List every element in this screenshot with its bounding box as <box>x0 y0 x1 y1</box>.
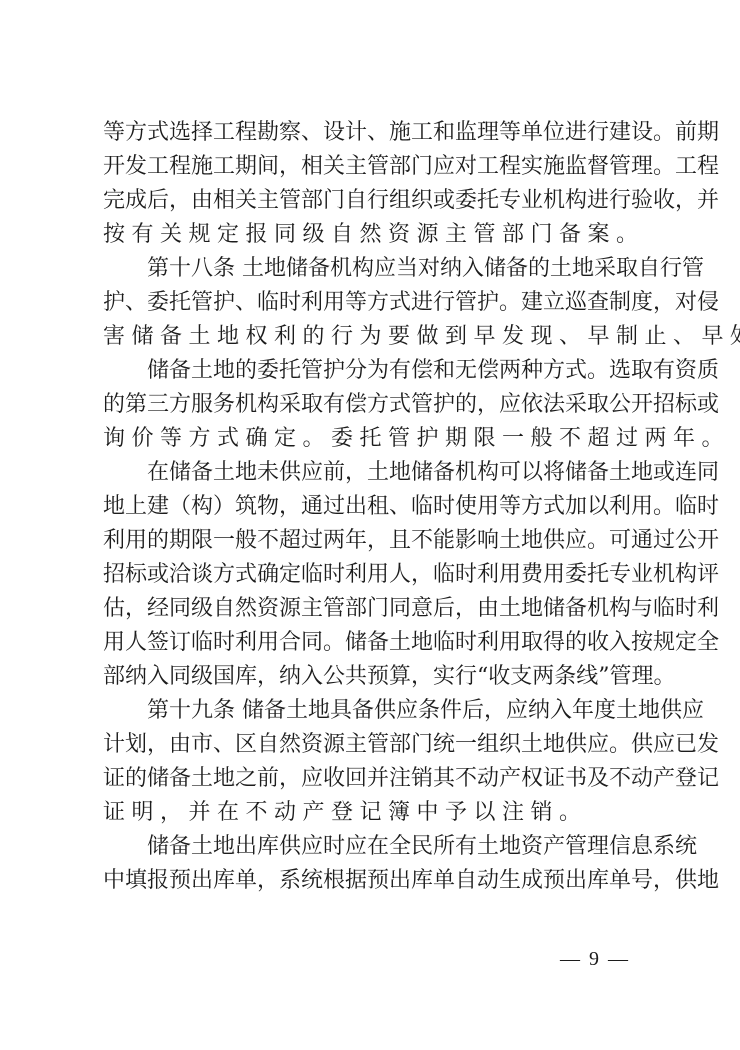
text-line: 询价等方式确定。委托管护期限一般不超过两年。 <box>103 422 653 456</box>
text-line: 护、委托管护、临时利用等方式进行管护。建立巡查制度，对侵 <box>103 286 653 320</box>
text-line: 部纳入同级国库，纳入公共预算，实行“收支两条线”管理。 <box>103 660 653 694</box>
text-line: 用人签订临时利用合同。储备土地临时利用取得的收入按规定全 <box>103 626 653 660</box>
text-line: 储备土地的委托管护分为有偿和无偿两种方式。选取有资质 <box>103 354 653 388</box>
text-line: 估，经同级自然资源主管部门同意后，由土地储备机构与临时利 <box>103 592 653 626</box>
text-line: 招标或洽谈方式确定临时利用人，临时利用费用委托专业机构评 <box>103 558 653 592</box>
article-19-heading-line: 第十九条 储备土地具备供应条件后，应纳入年度土地供应 <box>103 694 653 728</box>
document-body: 等方式选择工程勘察、设计、施工和监理等单位进行建设。前期 开发工程施工期间，相关… <box>103 116 653 898</box>
text-line: 计划，由市、区自然资源主管部门统一组织土地供应。供应已发 <box>103 728 653 762</box>
text-line: 的第三方服务机构采取有偿方式管护的，应依法采取公开招标或 <box>103 388 653 422</box>
text-line: 害储备土地权利的行为要做到早发现、早制止、早处理。 <box>103 320 653 354</box>
document-page: 等方式选择工程勘察、设计、施工和监理等单位进行建设。前期 开发工程施工期间，相关… <box>0 0 740 1050</box>
text-line: 开发工程施工期间，相关主管部门应对工程实施监督管理。工程 <box>103 150 653 184</box>
text-line: 中填报预出库单，系统根据预出库单自动生成预出库单号，供地 <box>103 864 653 898</box>
page-number: — 9 — <box>560 945 630 973</box>
text-line: 储备土地出库供应时应在全民所有土地资产管理信息系统 <box>103 830 653 864</box>
text-line: 地上建（构）筑物，通过出租、临时使用等方式加以利用。临时 <box>103 490 653 524</box>
text-line: 完成后，由相关主管部门自行组织或委托专业机构进行验收，并 <box>103 184 653 218</box>
article-18-heading-line: 第十八条 土地储备机构应当对纳入储备的土地采取自行管 <box>103 252 653 286</box>
text-line: 证明，并在不动产登记簿中予以注销。 <box>103 796 653 830</box>
text-line: 在储备土地未供应前，土地储备机构可以将储备土地或连同 <box>103 456 653 490</box>
text-line: 利用的期限一般不超过两年，且不能影响土地供应。可通过公开 <box>103 524 653 558</box>
text-line: 按有关规定报同级自然资源主管部门备案。 <box>103 218 653 252</box>
text-line: 等方式选择工程勘察、设计、施工和监理等单位进行建设。前期 <box>103 116 653 150</box>
text-line: 证的储备土地之前，应收回并注销其不动产权证书及不动产登记 <box>103 762 653 796</box>
